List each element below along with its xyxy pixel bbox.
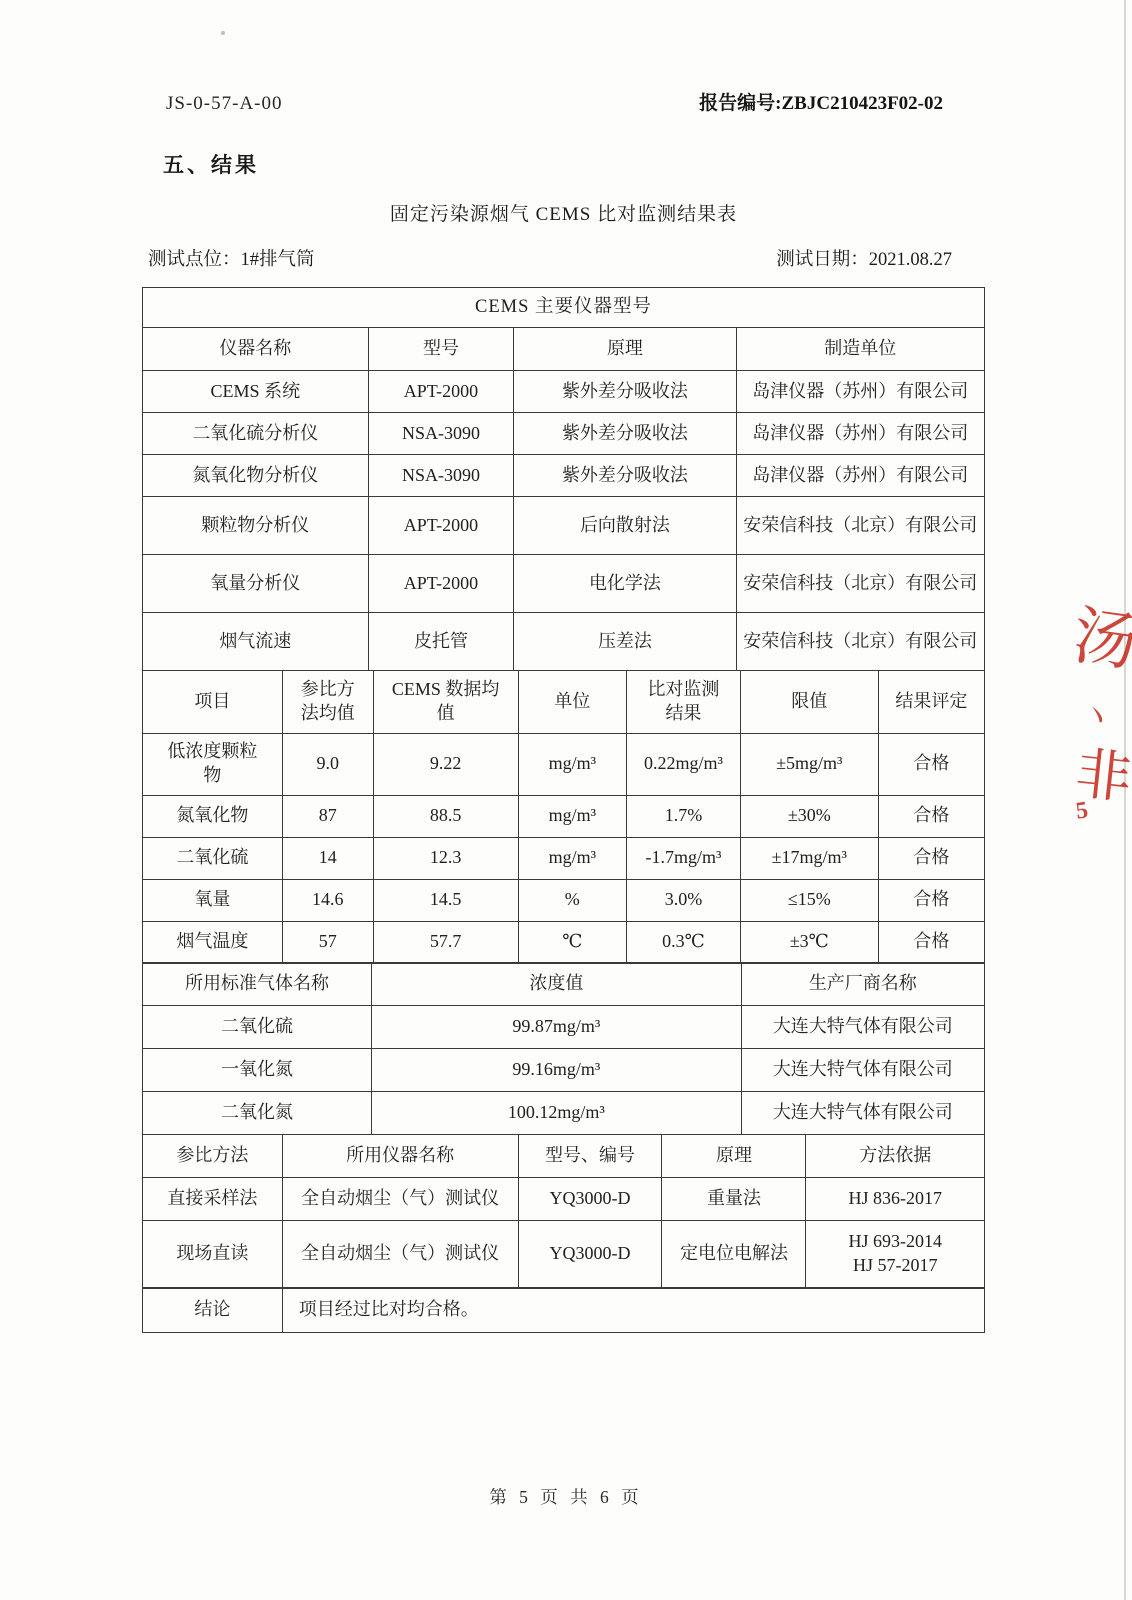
header-row: 仪器名称型号原理制造单位 <box>143 328 985 371</box>
table-cell: 氮氧化物 <box>143 795 283 837</box>
table-cell: 合格 <box>878 879 984 921</box>
table-row: 二氧化硫分析仪NSA-3090紫外差分吸收法岛津仪器（苏州）有限公司 <box>143 413 985 455</box>
table-row: 颗粒物分析仪APT-2000后向散射法安荣信科技（北京）有限公司 <box>143 497 985 555</box>
table-cell: 9.0 <box>282 733 373 795</box>
table-cell: 99.87mg/m³ <box>372 1006 742 1049</box>
results-table: CEMS 主要仪器型号 仪器名称型号原理制造单位 CEMS 系统APT-2000… <box>142 287 985 1333</box>
header-cell: 所用标准气体名称 <box>143 963 372 1006</box>
table-section-title: CEMS 主要仪器型号 <box>143 288 985 328</box>
page-footer: 第 5 页 共 6 页 <box>0 1484 1132 1509</box>
table-cell: 100.12mg/m³ <box>372 1092 742 1135</box>
report-number-value: ZBJC210423F02-02 <box>782 93 944 114</box>
table-cell: 皮托管 <box>368 613 514 671</box>
conclusion-label: 结论 <box>143 1288 283 1333</box>
table-cell: ℃ <box>518 921 627 963</box>
header-cell: CEMS 数据均值 <box>373 670 518 733</box>
table-cell: 氧量 <box>143 879 283 921</box>
table-cell: 二氧化硫 <box>143 837 283 879</box>
table-row: 氧量14.614.5%3.0%≤15%合格 <box>143 879 985 921</box>
table-cell: 安荣信科技（北京）有限公司 <box>736 555 984 613</box>
table-cell: mg/m³ <box>518 795 627 837</box>
table-cell: 合格 <box>878 795 984 837</box>
document-header: JS-0-57-A-00 报告编号:ZBJC210423F02-02 <box>142 88 985 115</box>
table-section-title-row: CEMS 主要仪器型号 <box>143 288 985 328</box>
table-cell: ±5mg/m³ <box>740 733 878 795</box>
table-cell: YQ3000-D <box>518 1177 662 1220</box>
table-row: 烟气流速皮托管压差法安荣信科技（北京）有限公司 <box>143 613 985 671</box>
table-cell: 定电位电解法 <box>662 1220 806 1288</box>
table-cell: ±3℃ <box>740 921 878 963</box>
header-cell: 参比方法 <box>143 1134 283 1177</box>
test-point-value: 1#排气筒 <box>241 250 315 270</box>
table-cell: 颗粒物分析仪 <box>143 497 369 555</box>
table-cell: mg/m³ <box>518 733 627 795</box>
test-point: 测试点位：1#排气筒 <box>148 245 315 271</box>
header-cell: 型号、编号 <box>518 1134 662 1177</box>
test-date-value: 2021.08.27 <box>869 250 952 270</box>
test-date: 测试日期：2021.08.27 <box>776 245 952 271</box>
page-content: JS-0-57-A-00 报告编号:ZBJC210423F02-02 五、结果 … <box>142 0 985 1333</box>
header-cell: 生产厂商名称 <box>741 963 984 1006</box>
header-row: 参比方法所用仪器名称型号、编号原理方法依据 <box>143 1134 985 1177</box>
table-cell: 14.6 <box>282 879 373 921</box>
table-row: 二氧化硫99.87mg/m³大连大特气体有限公司 <box>143 1006 985 1049</box>
table-cell: APT-2000 <box>368 371 514 413</box>
table-cell: CEMS 系统 <box>143 371 369 413</box>
header-cell: 原理 <box>514 328 736 371</box>
table-cell: ≤15% <box>740 879 878 921</box>
table-cell: 14 <box>282 837 373 879</box>
header-cell: 所用仪器名称 <box>282 1134 518 1177</box>
table-cell: 氮氧化物分析仪 <box>143 455 369 497</box>
table-cell: 大连大特气体有限公司 <box>741 1006 984 1049</box>
table-cell: 紫外差分吸收法 <box>514 455 736 497</box>
table-cell: 57 <box>282 921 373 963</box>
comparison-table: 项目参比方法均值CEMS 数据均值单位比对监测结果限值结果评定 低浓度颗粒物9.… <box>142 670 985 964</box>
doc-code: JS-0-57-A-00 <box>166 93 283 115</box>
table-cell: APT-2000 <box>368 497 514 555</box>
section-heading: 五、结果 <box>142 149 985 179</box>
meta-row: 测试点位：1#排气筒 测试日期：2021.08.27 <box>142 245 985 271</box>
table-cell: 99.16mg/m³ <box>372 1049 742 1092</box>
table-row: 现场直读全自动烟尘（气）测试仪YQ3000-D定电位电解法HJ 693-2014… <box>143 1220 985 1288</box>
table-cell: 57.7 <box>373 921 518 963</box>
table-cell: 1.7% <box>627 795 741 837</box>
header-row: 项目参比方法均值CEMS 数据均值单位比对监测结果限值结果评定 <box>143 670 985 733</box>
table-cell: ±30% <box>740 795 878 837</box>
header-cell: 比对监测结果 <box>627 670 741 733</box>
table-cell: 紫外差分吸收法 <box>514 413 736 455</box>
header-cell: 项目 <box>143 670 283 733</box>
table-row: 二氧化氮100.12mg/m³大连大特气体有限公司 <box>143 1092 985 1135</box>
table-cell: YQ3000-D <box>518 1220 662 1288</box>
table-row: 氮氧化物分析仪NSA-3090紫外差分吸收法岛津仪器（苏州）有限公司 <box>143 455 985 497</box>
header-row: 所用标准气体名称浓度值生产厂商名称 <box>143 963 985 1006</box>
table-cell: 压差法 <box>514 613 736 671</box>
table-cell: 烟气流速 <box>143 613 369 671</box>
test-date-label: 测试日期： <box>776 250 869 270</box>
header-cell: 浓度值 <box>372 963 742 1006</box>
table-cell: 安荣信科技（北京）有限公司 <box>736 497 984 555</box>
table-title: 固定污染源烟气 CEMS 比对监测结果表 <box>142 199 985 226</box>
table-cell: 0.22mg/m³ <box>627 733 741 795</box>
table-cell: 合格 <box>878 733 984 795</box>
table-cell: 二氧化硫分析仪 <box>143 413 369 455</box>
table-row: 烟气温度5757.7℃0.3℃±3℃合格 <box>143 921 985 963</box>
table-cell: 氧量分析仪 <box>143 555 369 613</box>
table-row: 低浓度颗粒物9.09.22mg/m³0.22mg/m³±5mg/m³合格 <box>143 733 985 795</box>
table-cell: 烟气温度 <box>143 921 283 963</box>
conclusion-text: 项目经过比对均合格。 <box>282 1288 984 1333</box>
table-cell: 安荣信科技（北京）有限公司 <box>736 613 984 671</box>
header-cell: 原理 <box>662 1134 806 1177</box>
standard-gas-table: 所用标准气体名称浓度值生产厂商名称 二氧化硫99.87mg/m³大连大特气体有限… <box>142 962 985 1135</box>
table-cell: APT-2000 <box>368 555 514 613</box>
report-number-label: 报告编号: <box>699 93 781 114</box>
table-row: 二氧化硫1412.3mg/m³-1.7mg/m³±17mg/m³合格 <box>143 837 985 879</box>
table-cell: % <box>518 879 627 921</box>
table-cell: 3.0% <box>627 879 741 921</box>
table-cell: NSA-3090 <box>368 455 514 497</box>
table-cell: 大连大特气体有限公司 <box>741 1092 984 1135</box>
table-cell: 岛津仪器（苏州）有限公司 <box>736 371 984 413</box>
table-cell: 全自动烟尘（气）测试仪 <box>282 1177 518 1220</box>
header-cell: 限值 <box>740 670 878 733</box>
table-row: 直接采样法全自动烟尘（气）测试仪YQ3000-D重量法HJ 836-2017 <box>143 1177 985 1220</box>
table-cell: HJ 836-2017 <box>806 1177 985 1220</box>
header-cell: 型号 <box>368 328 514 371</box>
table-row: 氮氧化物8788.5mg/m³1.7%±30%合格 <box>143 795 985 837</box>
header-cell: 参比方法均值 <box>282 670 373 733</box>
reference-method-table: 参比方法所用仪器名称型号、编号原理方法依据 直接采样法全自动烟尘（气）测试仪YQ… <box>142 1134 985 1289</box>
document-page: JS-0-57-A-00 报告编号:ZBJC210423F02-02 五、结果 … <box>0 0 1132 1600</box>
table-cell: 岛津仪器（苏州）有限公司 <box>736 455 984 497</box>
table-cell: 9.22 <box>373 733 518 795</box>
table-cell: 一氧化氮 <box>143 1049 372 1092</box>
table-cell: 现场直读 <box>143 1220 283 1288</box>
table-cell: 二氧化氮 <box>143 1092 372 1135</box>
conclusion-table: 结论 项目经过比对均合格。 <box>142 1287 985 1333</box>
table-row: 一氧化氮99.16mg/m³大连大特气体有限公司 <box>143 1049 985 1092</box>
table-cell: 87 <box>282 795 373 837</box>
table-cell: HJ 693-2014 HJ 57-2017 <box>806 1220 985 1288</box>
cems-instrument-table: CEMS 主要仪器型号 仪器名称型号原理制造单位 CEMS 系统APT-2000… <box>142 287 985 671</box>
table-cell: 14.5 <box>373 879 518 921</box>
header-cell: 仪器名称 <box>143 328 369 371</box>
table-cell: 后向散射法 <box>514 497 736 555</box>
table-cell: 全自动烟尘（气）测试仪 <box>282 1220 518 1288</box>
header-cell: 单位 <box>518 670 627 733</box>
table-cell: 0.3℃ <box>627 921 741 963</box>
table-cell: NSA-3090 <box>368 413 514 455</box>
table-cell: ±17mg/m³ <box>740 837 878 879</box>
table-cell: 直接采样法 <box>143 1177 283 1220</box>
header-cell: 结果评定 <box>878 670 984 733</box>
report-number: 报告编号:ZBJC210423F02-02 <box>699 88 943 115</box>
table-cell: 合格 <box>878 921 984 963</box>
table-cell: 岛津仪器（苏州）有限公司 <box>736 413 984 455</box>
table-row: 氧量分析仪APT-2000电化学法安荣信科技（北京）有限公司 <box>143 555 985 613</box>
table-cell: 重量法 <box>662 1177 806 1220</box>
header-cell: 方法依据 <box>806 1134 985 1177</box>
test-point-label: 测试点位： <box>148 250 241 270</box>
table-row: 结论 项目经过比对均合格。 <box>143 1288 985 1333</box>
table-cell: 低浓度颗粒物 <box>143 733 283 795</box>
header-cell: 制造单位 <box>736 328 984 371</box>
table-cell: 紫外差分吸收法 <box>514 371 736 413</box>
table-cell: 12.3 <box>373 837 518 879</box>
table-cell: 电化学法 <box>514 555 736 613</box>
table-cell: 大连大特气体有限公司 <box>741 1049 984 1092</box>
seal-glyph-fragment: 汤 <box>1068 584 1132 684</box>
table-cell: -1.7mg/m³ <box>627 837 741 879</box>
table-cell: mg/m³ <box>518 837 627 879</box>
table-cell: 二氧化硫 <box>143 1006 372 1049</box>
table-cell: 88.5 <box>373 795 518 837</box>
table-row: CEMS 系统APT-2000紫外差分吸收法岛津仪器（苏州）有限公司 <box>143 371 985 413</box>
table-cell: 合格 <box>878 837 984 879</box>
